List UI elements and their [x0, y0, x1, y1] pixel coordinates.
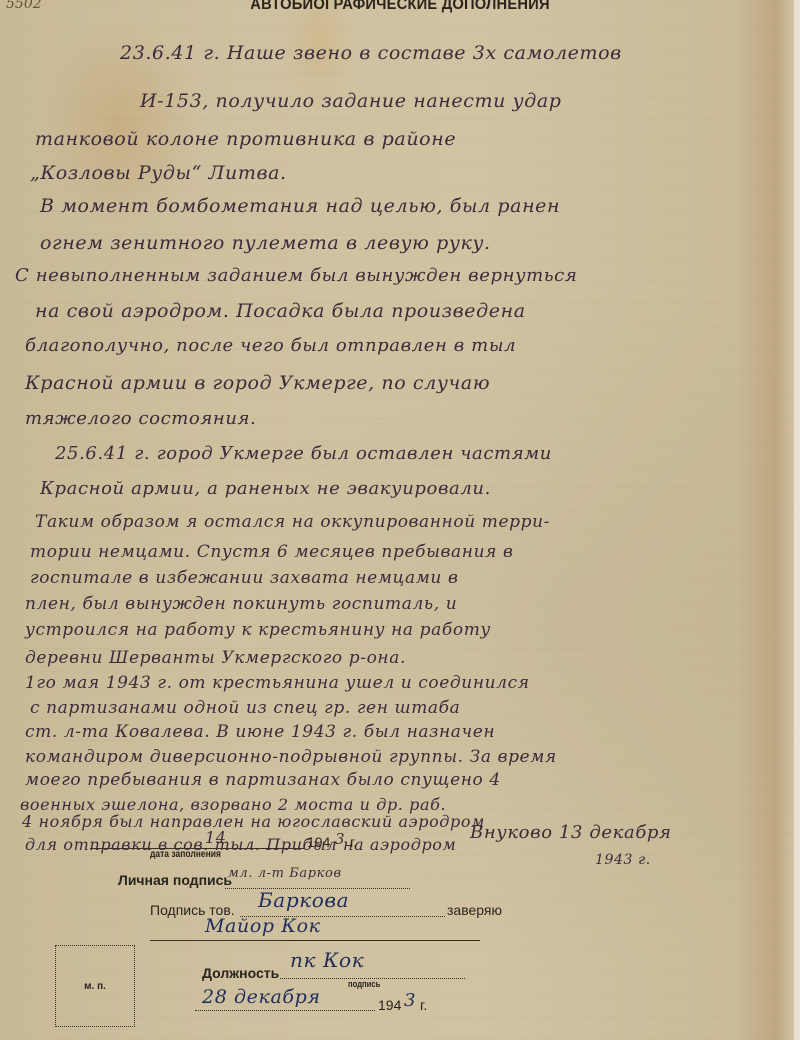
signature-of-value: Баркова: [258, 888, 349, 912]
position-value: пк Кок: [290, 948, 364, 972]
body-line: Таким образом я остался на оккупированно…: [35, 512, 550, 532]
certify-label: заверяю: [447, 902, 502, 918]
stamp-label: м. п.: [84, 981, 106, 992]
body-line: В момент бомбометания над целью, был ран…: [40, 195, 560, 217]
fill-date-year-g: г.: [350, 834, 357, 850]
place-year: 1943 г.: [595, 852, 651, 868]
certify-year-suffix: 3: [404, 990, 416, 1011]
fill-date-year-suffix: 3: [335, 830, 345, 848]
body-line: танковой колоне противника в районе: [35, 128, 456, 150]
certify-date-value: 28 декабря: [202, 986, 321, 1008]
body-line: С невыполненным заданием был вынужден ве…: [15, 265, 577, 286]
body-line: тяжелого состояния.: [25, 408, 256, 429]
body-line: благополучно, после чего был отправлен в…: [25, 335, 516, 356]
stamp-placeholder: м. п.: [55, 945, 135, 1027]
body-line: тории немцами. Спустя 6 месяцев пребыван…: [30, 542, 513, 562]
body-line: 23.6.41 г. Наше звено в составе 3х самол…: [120, 42, 622, 64]
certifier-value: Майор Кок: [205, 915, 321, 937]
body-line: госпитале в избежании захвата немцами в: [30, 568, 458, 588]
body-line: Красной армии в город Укмерге, по случаю: [25, 372, 490, 394]
personal-signature-value: мл. л-т Барков: [228, 866, 342, 881]
body-line: плен, был вынужден покинуть госпиталь, и: [25, 594, 457, 614]
personal-signature-label: Личная подпись: [118, 872, 232, 888]
body-line: 1го мая 1943 г. от крестьянина ушел и со…: [25, 673, 530, 693]
document-page: 5502 АВТОБИОГРАФИЧЕСКИЕ ДОПОЛНЕНИЯ 23.6.…: [0, 0, 800, 1040]
fill-date-caption: дата заполнения: [150, 849, 221, 860]
body-line: огнем зенитного пулемета в левую руку.: [40, 232, 491, 254]
place-date: Внуково 13 декабря: [470, 822, 672, 843]
certify-year-g: г.: [420, 997, 427, 1013]
body-line: с партизанами одной из спец гр. ген штаб…: [30, 698, 460, 718]
certifier-line: [150, 940, 480, 941]
body-line: ст. л-та Ковалева. В июне 1943 г. был на…: [25, 722, 495, 742]
body-line: Красной армии, а раненых не эвакуировали…: [40, 478, 491, 499]
certify-year-prefix: 194: [378, 997, 401, 1013]
body-line: на свой аэродром. Посадка была произведе…: [35, 300, 526, 322]
body-line: моего пребывания в партизанах было спуще…: [25, 770, 501, 790]
body-line: командиром диверсионно-подрывной группы.…: [25, 747, 557, 767]
body-line: для отправки в сов. тыл. Прибыл на аэрод…: [25, 835, 456, 854]
body-line: „Козловы Руды“ Литва.: [30, 162, 287, 184]
body-line: устроился на работу к крестьянину на раб…: [25, 620, 491, 640]
fill-date-year-prefix: 194: [307, 834, 330, 850]
certify-date-line: [195, 1010, 375, 1011]
document-title: АВТОБИОГРАФИЧЕСКИЕ ДОПОЛНЕНИЯ: [32, 0, 768, 14]
position-label: Должность: [202, 965, 279, 981]
body-line: 4 ноября был направлен на югославский аэ…: [22, 812, 485, 831]
signature-caption: подпись: [348, 979, 380, 989]
body-line: 25.6.41 г. город Укмерге был оставлен ча…: [55, 443, 552, 464]
body-line: И-153, получило задание нанести удар: [140, 90, 562, 112]
fill-date-day: 14: [205, 828, 227, 847]
body-line: деревни Шерванты Укмергского р-она.: [25, 648, 406, 668]
